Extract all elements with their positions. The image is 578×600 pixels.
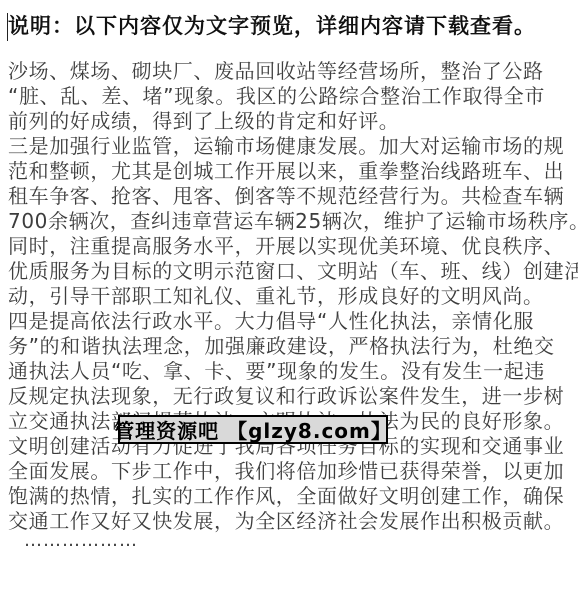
watermark-box: 管理资源吧 【glzy8.com】 bbox=[118, 415, 388, 444]
text-line: 三是加强行业监管，运输市场健康发展。加大对运输市场的规 bbox=[8, 134, 574, 159]
text-line: 700余辆次，查纠违章营运车辆25辆次，维护了运输市场秩序。 bbox=[8, 209, 574, 234]
text-line: 全面发展。下步工作中，我们将倍加珍惜已获得荣誉，以更加 bbox=[8, 459, 574, 484]
text-line: “脏、乱、差、堵”现象。我区的公路综合整治工作取得全市 bbox=[8, 84, 574, 109]
text-line: 四是提高依法行政水平。大力倡导“人性化执法，亲情化服 bbox=[8, 309, 574, 334]
document-body: 沙场、煤场、砌块厂、废品回收站等经营场所，整治了公路“脏、乱、差、堵”现象。我区… bbox=[8, 59, 574, 534]
text-line: 范和整顿，尤其是创城工作开展以来，重拳整治线路班车、出 bbox=[8, 159, 574, 184]
text-line: 反规定执法现象，无行政复议和行政诉讼案件发生，进一步树 bbox=[8, 384, 574, 409]
text-line: 通执法人员“吃、拿、卡、要”现象的发生。没有发生一起违 bbox=[8, 359, 574, 384]
text-line: 同时，注重提高服务水平，开展以实现优美环境、优良秩序、 bbox=[8, 234, 574, 259]
text-line: 饱满的热情，扎实的工作作风，全面做好文明创建工作，确保 bbox=[8, 484, 574, 509]
text-line: 优质服务为目标的文明示范窗口、文明站（车、班、线）创建活 bbox=[8, 259, 574, 284]
ellipsis-line: ……………… bbox=[24, 530, 138, 551]
watermark-text: 管理资源吧 【glzy8.com】 bbox=[114, 415, 392, 444]
text-line: 务”的和谐执法理念，加强廉政建设，严格执法行为，杜绝交 bbox=[8, 334, 574, 359]
text-line: 租车争客、抢客、甩客、倒客等不规范经营行为。共检查车辆 bbox=[8, 184, 574, 209]
text-line: 前列的好成绩，得到了上级的肯定和好评。 bbox=[8, 109, 574, 134]
preview-page: 说明：以下内容仅为文字预览，详细内容请下载查看。 沙场、煤场、砌块厂、废品回收站… bbox=[0, 0, 578, 600]
preview-notice: 说明：以下内容仅为文字预览，详细内容请下载查看。 bbox=[8, 12, 572, 40]
text-line: 沙场、煤场、砌块厂、废品回收站等经营场所，整治了公路 bbox=[8, 59, 574, 84]
text-line: 动，引导干部职工知礼仪、重礼节，形成良好的文明风尚。 bbox=[8, 284, 574, 309]
